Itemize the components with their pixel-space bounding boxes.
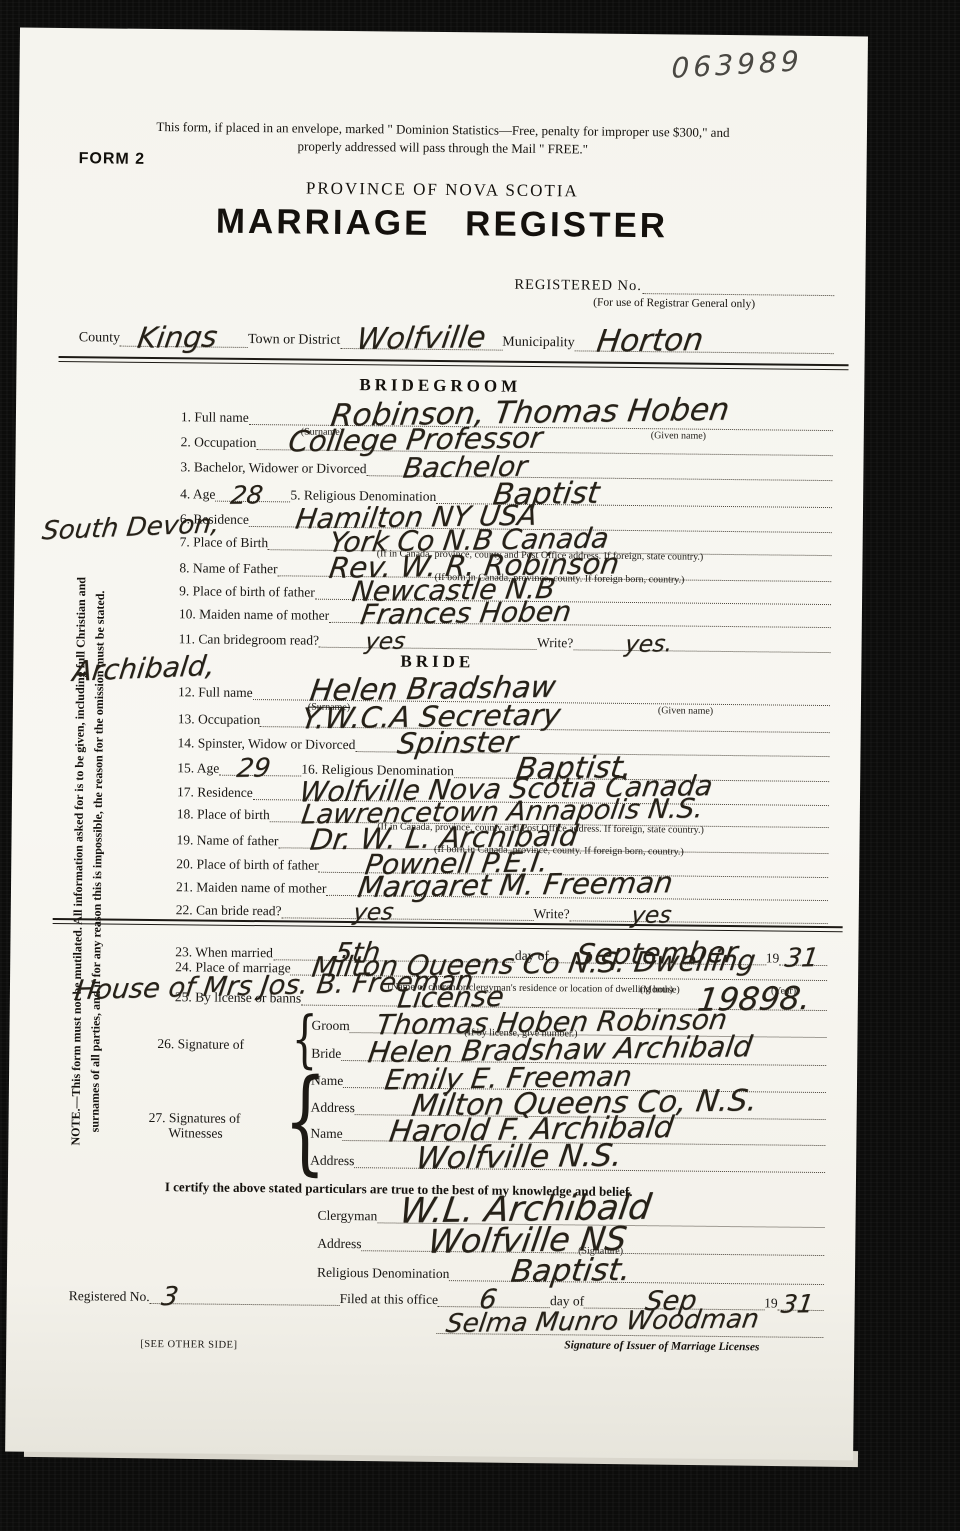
town-value: Wolfville xyxy=(354,323,487,355)
filing-filed-label: Filed at this office xyxy=(340,1292,439,1307)
form-number: FORM 2 xyxy=(79,150,146,169)
filing-year-value: 31 xyxy=(780,1291,816,1316)
filing-registered-value: 3 xyxy=(160,1284,180,1310)
bg-read-label: 11. Can bridegroom read? xyxy=(179,632,320,648)
when-year-value: 31 xyxy=(783,945,820,971)
form-paper: 063989 This form, if placed in an envelo… xyxy=(5,28,868,1461)
bride-read-label: 22. Can bride read? xyxy=(176,903,282,918)
bride-age-line: 29 xyxy=(219,775,301,777)
bride-status-value: Spinster xyxy=(395,728,519,759)
issuer-signature-value: Selma Munro Woodman xyxy=(444,1306,760,1337)
municipality-line: Horton xyxy=(575,350,834,354)
see-other-side: [SEE OTHER SIDE] xyxy=(140,1339,237,1351)
filing-registered-label: Registered No. xyxy=(69,1289,150,1304)
bride-occupation-label: 13. Occupation xyxy=(178,712,261,727)
issuer-signature-row: Selma Munro Woodman xyxy=(436,1314,823,1338)
bride-residence-label: 17. Residence xyxy=(177,785,253,800)
bride-age-label: 15. Age xyxy=(177,761,219,776)
bride-status-row: 14. Spinster, Widow or Divorced Spinster xyxy=(177,730,829,757)
witnesses-label-line2: Witnesses xyxy=(168,1126,222,1141)
bride-write-value: yes xyxy=(630,904,673,928)
filing-year-prefix: 19 xyxy=(764,1296,778,1310)
bride-mother-line: Margaret M. Freeman xyxy=(326,895,828,901)
bg-read-line: yes xyxy=(319,647,537,650)
denomination-line: Baptist. xyxy=(449,1280,824,1285)
scanned-marriage-register: { "scan": { "control_number": "063989", … xyxy=(0,0,960,1531)
margin-note: NOTE.—This form must not be mutilated. A… xyxy=(66,532,111,1190)
bg-status-label: 3. Bachelor, Widower or Divorced xyxy=(180,460,366,476)
bride-age-value: 29 xyxy=(235,755,272,781)
filing-registered-line: 3 xyxy=(150,1303,340,1306)
bride-mother-label: 21. Maiden name of mother xyxy=(176,880,326,896)
bg-occupation-label: 2. Occupation xyxy=(181,435,257,450)
bride-father-label: 19. Name of father xyxy=(176,833,278,848)
bride-read-value: yes xyxy=(351,901,394,925)
witness2-address-line: Wolfville N.S. xyxy=(354,1167,825,1173)
bride-fullname-margin-value: Archibald, xyxy=(71,652,216,686)
witness2-address-row: Address Wolfville N.S. xyxy=(310,1148,825,1173)
bg-mother-label: 10. Maiden name of mother xyxy=(179,607,329,623)
bride-fullname-label: 12. Full name xyxy=(178,685,253,700)
control-number: 063989 xyxy=(671,47,803,83)
page-title: MARRIAGE REGISTER xyxy=(18,200,866,249)
town-line: Wolfville xyxy=(340,348,502,351)
bg-father-label: 8. Name of Father xyxy=(179,561,277,576)
bg-father-birthplace-label: 9. Place of birth of father xyxy=(179,584,315,600)
bg-age-label: 4. Age xyxy=(180,487,215,502)
clergyman-address-label: Address xyxy=(317,1237,361,1252)
municipality-value: Horton xyxy=(595,325,706,358)
bride-father-birthplace-label: 20. Place of birth of father xyxy=(176,857,319,873)
issuer-caption: Signature of Issuer of Marriage Licenses xyxy=(564,1339,759,1353)
bg-age-line: 28 xyxy=(215,501,290,503)
bg-fullname-label: 1. Full name xyxy=(181,410,249,425)
town-label: Town or District xyxy=(248,333,340,349)
bg-mother-value: Frances Hoben xyxy=(359,598,573,629)
bg-occupation-line: College Professor xyxy=(256,449,832,456)
bg-age-value: 28 xyxy=(229,482,265,507)
county-line: Kings xyxy=(120,346,248,348)
witnesses-label-line1: 27. Signatures of xyxy=(149,1111,241,1126)
bride-mother-value: Margaret M. Freeman xyxy=(356,868,675,902)
bg-write-label: Write? xyxy=(537,636,573,651)
registered-no-line xyxy=(642,293,834,296)
witnesses-brace: { xyxy=(283,1064,327,1178)
signature-of-label: 26. Signature of xyxy=(157,1037,244,1052)
filing-year-line: 31 xyxy=(778,1310,824,1311)
bride-write-label: Write? xyxy=(533,907,569,922)
location-row: County Kings Town or District Wolfville … xyxy=(79,326,834,354)
bride-status-label: 14. Spinster, Widow or Divorced xyxy=(177,736,355,752)
municipality-label: Municipality xyxy=(502,336,574,351)
county-label: County xyxy=(79,332,120,347)
witness2-address-value: Wolfville N.S. xyxy=(414,1141,624,1175)
bride-mother-row: 21. Maiden name of mother Margaret M. Fr… xyxy=(176,874,828,901)
clergyman-denomination-row: Religious Denomination Baptist. xyxy=(317,1260,824,1285)
registered-no-row: REGISTERED No. xyxy=(514,273,834,296)
bg-birthplace-margin-value: South Devon, xyxy=(41,511,221,544)
clergyman-label: Clergyman xyxy=(318,1209,378,1224)
bg-write-value: yes. xyxy=(623,633,674,657)
issuer-signature-line: Selma Munro Woodman xyxy=(436,1333,823,1338)
bride-occupation-line: Y.W.C.A Secretary xyxy=(260,726,829,733)
bg-write-line: yes. xyxy=(573,649,830,653)
bg-literacy-row: 11. Can bridegroom read? yes Write? yes. xyxy=(179,626,831,653)
bg-mother-row: 10. Maiden name of mother Frances Hoben xyxy=(179,601,831,628)
denomination-value: Baptist. xyxy=(509,1255,633,1288)
registered-no-label: REGISTERED No. xyxy=(514,278,642,295)
bride-givenname-sub: (Given name) xyxy=(658,705,713,717)
section-rule-top xyxy=(59,356,849,370)
denomination-label: Religious Denomination xyxy=(317,1266,450,1282)
bg-mother-line: Frances Hoben xyxy=(329,622,831,628)
registrar-note: (For use of Registrar General only) xyxy=(514,296,834,311)
bg-read-value: yes xyxy=(364,631,407,655)
county-value: Kings xyxy=(136,323,219,353)
bg-givenname-sub: (Given name) xyxy=(651,430,706,442)
bride-birthplace-label: 18. Place of birth xyxy=(177,807,270,822)
